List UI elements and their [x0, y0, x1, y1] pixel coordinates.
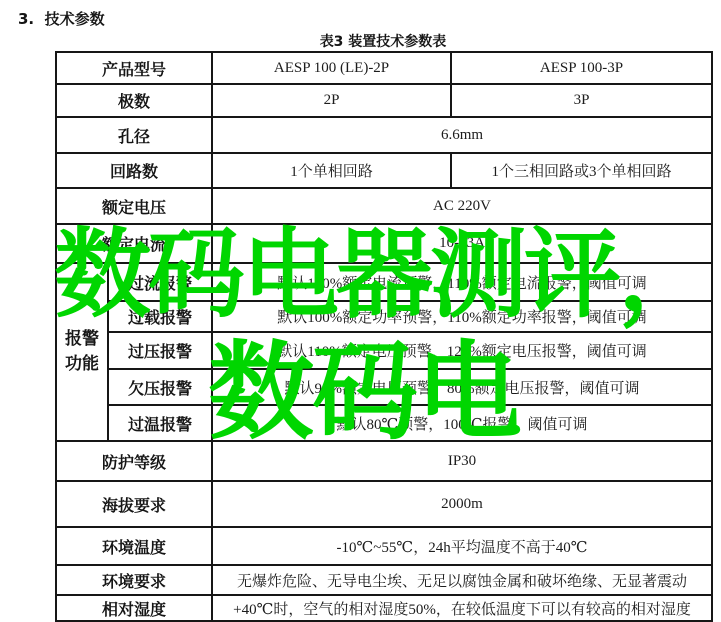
row-value: 默认100%额定电流预警，110%额定电流报警，阈值可调: [212, 263, 712, 301]
row-value: AESP 100-3P: [451, 52, 712, 84]
section-heading: 3. 技术参数: [18, 8, 105, 29]
table-row: 额定电流 10-63A: [56, 224, 712, 263]
row-value: AC 220V: [212, 188, 712, 224]
row-value: -10℃~55℃，24h平均温度不高于40℃: [212, 527, 712, 565]
row-label: 极数: [56, 84, 212, 117]
row-label: 相对湿度: [56, 595, 212, 621]
table-row: 额定电压 AC 220V: [56, 188, 712, 224]
table-row: 海拔要求 2000m: [56, 481, 712, 527]
row-value: 默认110%额定电压预警，120%额定电压报警，阈值可调: [212, 332, 712, 369]
table-row: 回路数 1个单相回路 1个三相回路或3个单相回路: [56, 153, 712, 188]
row-label: 过温报警: [108, 405, 212, 441]
row-value: 6.6mm: [212, 117, 712, 153]
table-row: 防护等级 IP30: [56, 441, 712, 481]
row-label: 环境要求: [56, 565, 212, 595]
table-row: 相对湿度 +40℃时，空气的相对湿度50%，在较低温度下可以有较高的相对湿度: [56, 595, 712, 621]
row-value: 2000m: [212, 481, 712, 527]
row-value: 默认100%额定功率预警，110%额定功率报警，阈值可调: [212, 301, 712, 332]
row-label: 环境温度: [56, 527, 212, 565]
row-label: 回路数: [56, 153, 212, 188]
row-value: 1个三相回路或3个单相回路: [451, 153, 712, 188]
row-label: 海拔要求: [56, 481, 212, 527]
row-label: 产品型号: [56, 52, 212, 84]
table-row: 环境温度 -10℃~55℃，24h平均温度不高于40℃: [56, 527, 712, 565]
row-value: +40℃时，空气的相对湿度50%，在较低温度下可以有较高的相对湿度: [212, 595, 712, 621]
spec-table: 产品型号 AESP 100 (LE)-2P AESP 100-3P 极数 2P …: [55, 51, 713, 622]
table-row: 过温报警 默认80℃预警，100℃报警，阈值可调: [56, 405, 712, 441]
row-label: 额定电流: [56, 224, 212, 263]
table-row: 过压报警 默认110%额定电压预警，120%额定电压报警，阈值可调: [56, 332, 712, 369]
table-caption: 表3 装置技术参数表: [55, 31, 711, 51]
row-label: 过压报警: [108, 332, 212, 369]
row-label: 过载报警: [108, 301, 212, 332]
row-value: 无爆炸危险、无导电尘埃、无足以腐蚀金属和破坏绝缘、无显著震动: [212, 565, 712, 595]
row-label: 防护等级: [56, 441, 212, 481]
row-value: IP30: [212, 441, 712, 481]
row-label: 额定电压: [56, 188, 212, 224]
row-label: 欠压报警: [108, 369, 212, 405]
row-value: 默认90%额定电压预警，80%额定电压报警，阈值可调: [212, 369, 712, 405]
row-value: 1个单相回路: [212, 153, 451, 188]
table-row: 欠压报警 默认90%额定电压预警，80%额定电压报警，阈值可调: [56, 369, 712, 405]
row-value: 3P: [451, 84, 712, 117]
row-label: 过流报警: [108, 263, 212, 301]
table-row: 极数 2P 3P: [56, 84, 712, 117]
row-value: 10-63A: [212, 224, 712, 263]
alarm-group-label: 报警功能: [56, 263, 108, 441]
row-value: 默认80℃预警，100℃报警，阈值可调: [212, 405, 712, 441]
table-row: 报警功能 过流报警 默认100%额定电流预警，110%额定电流报警，阈值可调: [56, 263, 712, 301]
row-value: 2P: [212, 84, 451, 117]
table-row: 环境要求 无爆炸危险、无导电尘埃、无足以腐蚀金属和破坏绝缘、无显著震动: [56, 565, 712, 595]
table-row: 产品型号 AESP 100 (LE)-2P AESP 100-3P: [56, 52, 712, 84]
table-row: 过载报警 默认100%额定功率预警，110%额定功率报警，阈值可调: [56, 301, 712, 332]
row-label: 孔径: [56, 117, 212, 153]
row-value: AESP 100 (LE)-2P: [212, 52, 451, 84]
table-row: 孔径 6.6mm: [56, 117, 712, 153]
